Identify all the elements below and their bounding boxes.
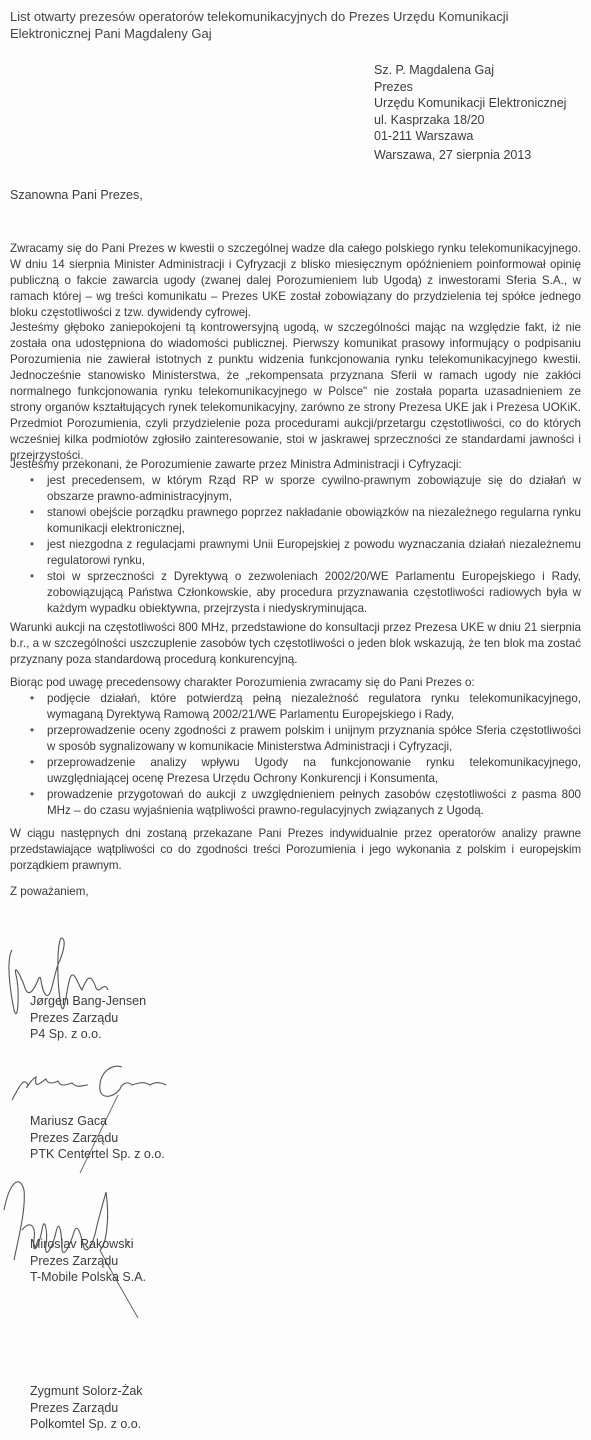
bullet-icon: • [30, 755, 34, 771]
bullet-icon: • [30, 691, 34, 707]
bullet-icon: • [30, 787, 34, 803]
concerns-list: •jest precedensem, w którym Rząd RP w sp… [30, 473, 581, 617]
bullet-icon: • [30, 537, 34, 553]
signatory-title: Prezes Zarządu [30, 1130, 165, 1147]
list-item: •jest niezgodna z regulacjami prawnymi U… [30, 537, 581, 569]
paragraph-5-intro: Biorąc pod uwagę precedensowy charakter … [10, 675, 581, 691]
letter-page: List otwarty prezesów operatorów telekom… [0, 0, 591, 1440]
list-item: •podjęcie działań, które potwierdzą pełn… [30, 691, 581, 723]
letter-date: Warszawa, 27 sierpnia 2013 [374, 148, 531, 162]
signatory-title: Prezes Zarządu [30, 1253, 146, 1270]
recipient-line: Urzędu Komunikacji Elektronicznej [374, 95, 566, 112]
signatory-4: Zygmunt Solorz-Żak Prezes Zarządu Polkom… [30, 1383, 143, 1433]
letter-heading: List otwarty prezesów operatorów telekom… [10, 8, 585, 42]
bullet-icon: • [30, 473, 34, 489]
signatory-name: Zygmunt Solorz-Żak [30, 1383, 143, 1400]
list-item: •stoi w sprzeczności z Dyrektywą o zezwo… [30, 569, 581, 617]
signatory-name: Mariusz Gaca [30, 1113, 165, 1130]
signatory-company: P4 Sp. z o.o. [30, 1026, 146, 1043]
bullet-icon: • [30, 723, 34, 739]
paragraph-4: Warunki aukcji na częstotliwości 800 MHz… [10, 620, 581, 668]
requests-list: •podjęcie działań, które potwierdzą pełn… [30, 691, 581, 819]
salutation: Szanowna Pani Prezes, [10, 188, 143, 202]
paragraph-6: W ciągu następnych dni zostaną przekazan… [10, 826, 581, 874]
bullet-icon: • [30, 569, 34, 585]
signatory-company: Polkomtel Sp. z o.o. [30, 1416, 143, 1433]
recipient-line: Prezes [374, 79, 566, 96]
signatory-1: Jørgen Bang-Jensen Prezes Zarządu P4 Sp.… [30, 993, 146, 1043]
paragraph-3-intro: Jesteśmy przekonani, że Porozumienie zaw… [10, 457, 581, 473]
list-item: •przeprowadzenie analizy wpływu Ugody na… [30, 755, 581, 787]
list-item: •stanowi obejście porządku prawnego popr… [30, 505, 581, 537]
closing: Z poważaniem, [10, 885, 89, 898]
list-item: •przeprowadzenie oceny zgodności z prawe… [30, 723, 581, 755]
signatory-2: Mariusz Gaca Prezes Zarządu PTK Centerte… [30, 1113, 165, 1163]
signatory-company: PTK Centertel Sp. z o.o. [30, 1146, 165, 1163]
list-item: •jest precedensem, w którym Rząd RP w sp… [30, 473, 581, 505]
list-item: •prowadzenie przygotowań do aukcji z uwz… [30, 787, 581, 819]
recipient-line: ul. Kasprzaka 18/20 [374, 112, 566, 129]
signatory-3: Miroslav Rakowski Prezes Zarządu T-Mobil… [30, 1236, 146, 1286]
paragraph-2: Jesteśmy głęboko zaniepokojeni tą kontro… [10, 320, 581, 464]
recipient-line: 01-211 Warszawa [374, 128, 566, 145]
signatory-title: Prezes Zarządu [30, 1400, 143, 1417]
paragraph-1: Zwracamy się do Pani Prezes w kwestii o … [10, 241, 581, 321]
signatory-name: Miroslav Rakowski [30, 1236, 146, 1253]
signatory-title: Prezes Zarządu [30, 1010, 146, 1027]
bullet-icon: • [30, 505, 34, 521]
signatory-company: T-Mobile Polska S.A. [30, 1269, 146, 1286]
recipient-line: Sz. P. Magdalena Gaj [374, 62, 566, 79]
signatory-name: Jørgen Bang-Jensen [30, 993, 146, 1010]
recipient-address: Sz. P. Magdalena Gaj Prezes Urzędu Komun… [374, 62, 566, 145]
